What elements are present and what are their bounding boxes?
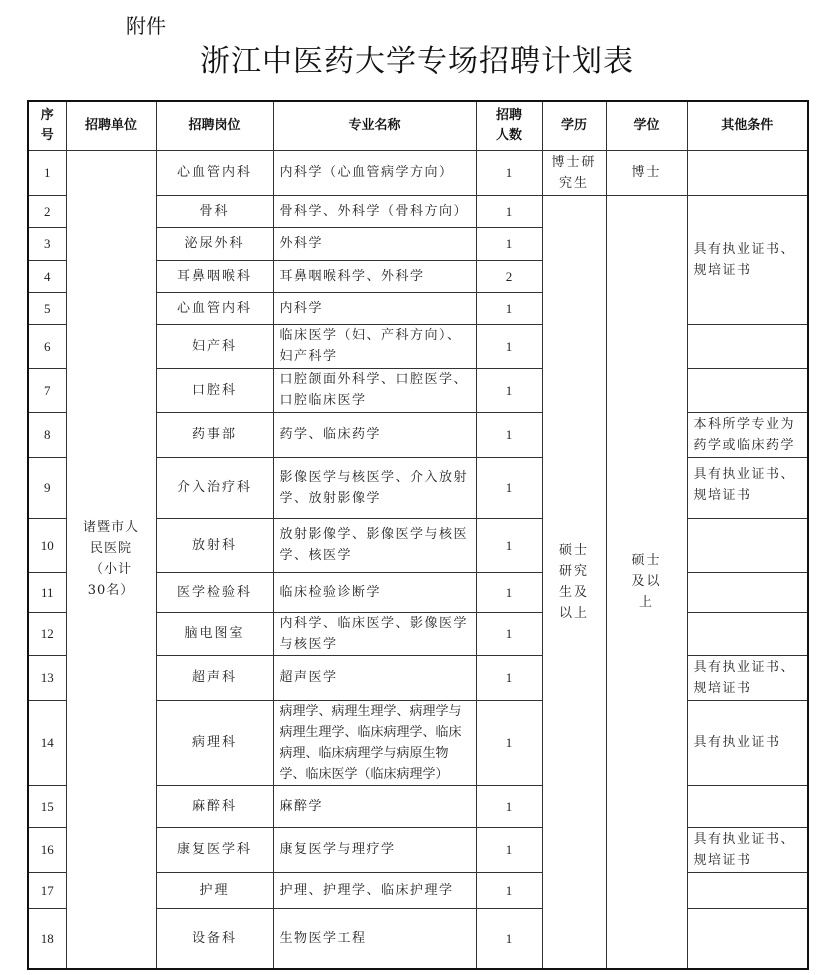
degree-master: 硕士及以上 [606,195,687,969]
row-index: 11 [28,572,66,612]
row-conditions: 具有执业证书、规培证书 [687,195,808,324]
row-position: 麻醉科 [156,785,273,827]
row-conditions [687,612,808,655]
header-index: 序号 [28,101,66,150]
row-major: 康复医学与理疗学 [273,827,476,872]
row-count: 1 [476,227,542,260]
row-count: 1 [476,368,542,412]
row-index: 4 [28,260,66,292]
row-major: 内科学（心血管病学方向） [273,150,476,195]
page-title: 浙江中医药大学专场招聘计划表 [0,36,834,80]
recruitment-plan-table: 序号 招聘单位 招聘岗位 专业名称 招聘人数 学历 学位 其他条件 1 诸暨市人… [27,100,809,970]
degree-phd: 博士 [606,150,687,195]
header-conditions: 其他条件 [687,101,808,150]
row-index: 2 [28,195,66,227]
row-count: 1 [476,195,542,227]
row-count: 1 [476,324,542,368]
row-count: 1 [476,908,542,969]
row-conditions [687,368,808,412]
row-index: 9 [28,457,66,518]
row-index: 1 [28,150,66,195]
row-index: 13 [28,655,66,700]
row-position: 病理科 [156,700,273,785]
row-count: 1 [476,785,542,827]
recruiting-unit: 诸暨市人民医院（小计30名） [66,150,156,969]
row-position: 药事部 [156,412,273,457]
header-row: 序号 招聘单位 招聘岗位 专业名称 招聘人数 学历 学位 其他条件 [28,101,808,150]
row-major: 耳鼻咽喉科学、外科学 [273,260,476,292]
row-index: 17 [28,872,66,908]
row-major: 超声医学 [273,655,476,700]
attachment-label: 附件 [126,10,166,39]
row-count: 1 [476,872,542,908]
row-conditions [687,572,808,612]
row-conditions [687,518,808,572]
table-row: 1 诸暨市人民医院（小计30名） 心血管内科 内科学（心血管病学方向） 1 博士… [28,150,808,195]
row-major: 内科学、临床医学、影像医学与核医学 [273,612,476,655]
row-conditions: 具有执业证书、规培证书 [687,655,808,700]
row-conditions: 具有执业证书、规培证书 [687,827,808,872]
row-position: 骨科 [156,195,273,227]
row-position: 妇产科 [156,324,273,368]
education-master: 硕士研究生及以上 [542,195,606,969]
row-conditions: 具有执业证书、规培证书 [687,457,808,518]
row-position: 设备科 [156,908,273,969]
row-count: 1 [476,827,542,872]
row-major: 药学、临床药学 [273,412,476,457]
row-index: 10 [28,518,66,572]
row-conditions [687,785,808,827]
row-major: 临床检验诊断学 [273,572,476,612]
row-count: 1 [476,292,542,324]
education-phd: 博士研究生 [542,150,606,195]
row-conditions [687,872,808,908]
row-index: 5 [28,292,66,324]
row-position: 心血管内科 [156,292,273,324]
row-major: 外科学 [273,227,476,260]
row-major: 生物医学工程 [273,908,476,969]
row-count: 1 [476,412,542,457]
row-position: 耳鼻咽喉科 [156,260,273,292]
row-conditions [687,908,808,969]
header-degree: 学位 [606,101,687,150]
row-major: 麻醉学 [273,785,476,827]
row-position: 心血管内科 [156,150,273,195]
row-index: 6 [28,324,66,368]
row-major: 口腔颌面外科学、口腔医学、口腔临床医学 [273,368,476,412]
row-index: 8 [28,412,66,457]
row-position: 放射科 [156,518,273,572]
row-count: 1 [476,700,542,785]
row-index: 16 [28,827,66,872]
row-index: 7 [28,368,66,412]
row-count: 1 [476,518,542,572]
row-position: 护理 [156,872,273,908]
row-conditions: 具有执业证书 [687,700,808,785]
row-major: 放射影像学、影像医学与核医学、核医学 [273,518,476,572]
header-unit: 招聘单位 [66,101,156,150]
row-conditions: 本科所学专业为药学或临床药学 [687,412,808,457]
row-count: 1 [476,150,542,195]
row-count: 1 [476,612,542,655]
row-count: 1 [476,457,542,518]
row-index: 18 [28,908,66,969]
row-count: 1 [476,655,542,700]
row-position: 医学检验科 [156,572,273,612]
row-position: 超声科 [156,655,273,700]
row-position: 泌尿外科 [156,227,273,260]
row-major: 病理学、病理生理学、病理学与病理生理学、临床病理学、临床病理、临床病理学与病原生… [273,700,476,785]
row-index: 14 [28,700,66,785]
row-major: 临床医学（妇、产科方向）、妇产科学 [273,324,476,368]
header-major: 专业名称 [273,101,476,150]
row-major: 护理、护理学、临床护理学 [273,872,476,908]
header-education: 学历 [542,101,606,150]
row-conditions [687,324,808,368]
row-position: 口腔科 [156,368,273,412]
row-position: 脑电图室 [156,612,273,655]
row-major: 影像医学与核医学、介入放射学、放射影像学 [273,457,476,518]
row-major: 内科学 [273,292,476,324]
row-index: 15 [28,785,66,827]
row-index: 3 [28,227,66,260]
row-position: 康复医学科 [156,827,273,872]
row-major: 骨科学、外科学（骨科方向） [273,195,476,227]
row-conditions [687,150,808,195]
row-count: 1 [476,572,542,612]
row-count: 2 [476,260,542,292]
header-count: 招聘人数 [476,101,542,150]
row-index: 12 [28,612,66,655]
header-position: 招聘岗位 [156,101,273,150]
row-position: 介入治疗科 [156,457,273,518]
